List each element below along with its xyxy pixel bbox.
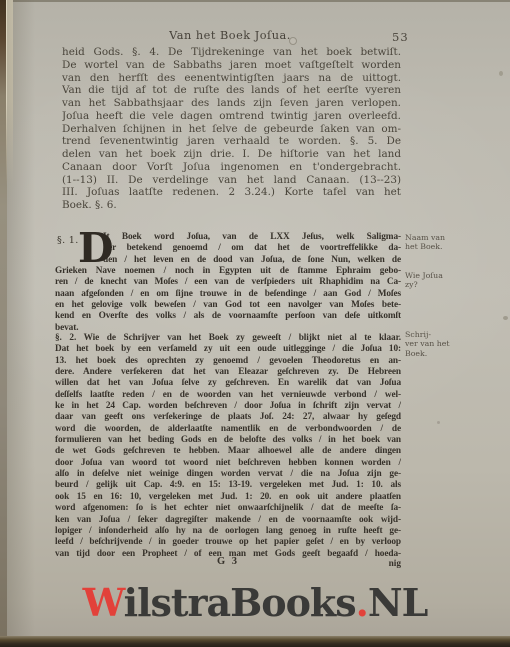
text-line: heid Gods. §. 4. De Tijdrekeninge van he… (62, 46, 401, 59)
text-line: ren / de knecht van Moſes / een van de v… (55, 277, 401, 288)
text-line: kend en Overſte des volks / als de voorn… (55, 311, 401, 322)
paper-speck (503, 316, 508, 320)
gutter-shadow (7, 0, 35, 647)
running-header: Van het Boek Joſua. (57, 29, 403, 42)
text-line: deſſelfs laatſte reden / en de woorden v… (55, 390, 401, 401)
paper-speck (437, 421, 440, 424)
catchword: nig (55, 559, 401, 569)
text-line: It Boek word Joſua, van de LXX Jeſus, we… (103, 232, 401, 243)
text-line: de wet Gods geſchreven te hebben. Maar a… (55, 446, 401, 457)
bookseller-watermark: WilstraBooks.NL (0, 582, 510, 624)
section-1: §. 1. D It Boek word Joſua, van de LXX J… (55, 232, 401, 334)
margin-note: Schrij- ver van het Boek. (405, 330, 455, 358)
text-line: Canaan door Vorſt Joſua ingenomen en t'o… (62, 161, 401, 174)
page-number: 53 (392, 30, 420, 44)
section-2: §. 2. Wie de Schrijver van het Boek zy g… (55, 333, 401, 560)
text-line: trend ſevenentwintig jaren verhaald te w… (62, 135, 401, 148)
photo-top-edge (0, 0, 510, 2)
text-line: beurd / gelijk uit Cap. 4:9. en 15: 13-1… (55, 480, 401, 491)
text-line: naan afgeſonden / en om ſijne trouwe in … (55, 289, 401, 300)
intro-paragraph: heid Gods. §. 4. De Tijdrekeninge van he… (62, 46, 401, 212)
margin-note: Wie Joſua zy? (405, 271, 455, 290)
margin-note: Naam van het Boek. (405, 233, 455, 252)
text-line: word die woorden, de alderlaatſte nament… (55, 424, 401, 435)
text-line: §. 2. Wie de Schrijver van het Boek zy g… (55, 333, 401, 344)
text-line: ook 15 en 16: 10, vergeleken met Jud. 1:… (55, 492, 401, 503)
text-line: III. Joſuas laatſte redenen. 2 3.24.) Ko… (62, 186, 401, 199)
text-line: dere. Andere verſekeren dat het van Elea… (55, 367, 401, 378)
text-line: leefd / beſchrijvende / in goeder trouwe… (55, 537, 401, 548)
text-line: ker betekend genoemd / om dat het de voo… (103, 243, 401, 254)
text-line: van het Sabbathsjaar des lands zijn ſeve… (62, 97, 401, 110)
text-line: ke in het 24 Cap. worden beſchreven / do… (55, 401, 401, 412)
watermark-initial: W (83, 580, 124, 625)
text-line: word afgenomen: ſo is het echter niet on… (55, 503, 401, 514)
text-line: willen dat het van Joſua ſelve zy geſchr… (55, 378, 401, 389)
watermark-dot: . (356, 580, 368, 625)
text-line: Dat het boek by een verſameld zy uit een… (55, 344, 401, 355)
text-line: Derhalven ſchijnen in het ſelve de gebeu… (62, 123, 401, 136)
paper-speck (499, 71, 503, 76)
text-line: door Joſua van woord tot woord niet beſc… (55, 458, 401, 469)
text-line: De wortel van de Sabbaths jaren moet vaſ… (62, 59, 401, 72)
text-line: Joſua heeft die vele dagen omtrend twint… (62, 110, 401, 123)
book-page-photo: Van het Boek Joſua. 53 heid Gods. §. 4. … (0, 0, 510, 647)
photo-bottom-band (0, 636, 510, 647)
drop-cap-letter: D (78, 228, 113, 269)
text-line: daar van geeft ons verſekeringe de plaat… (55, 412, 401, 423)
watermark-tld: NL (368, 580, 427, 625)
watermark-name: ilstraBooks (124, 580, 356, 625)
text-line: van den herfſt des eenentwintigſten jaar… (62, 72, 401, 85)
text-line: formulieren van het beding Gods en de be… (55, 435, 401, 446)
text-line: lopiger / inſonderheid alſo hy na de oor… (55, 526, 401, 537)
text-line: Van die tijd af tot de ruſte des lands o… (62, 84, 401, 97)
section-1-label: §. 1. (57, 235, 79, 246)
text-line: delen van het boek zijn drie. I. De hiſt… (62, 148, 401, 161)
text-line: alſo in deſelve niet weinige dingen word… (55, 469, 401, 480)
text-line: ken van Joſua / ſeker dagregiſter makend… (55, 515, 401, 526)
text-line: en het gelovige volk beweſen / van God t… (55, 300, 401, 311)
text-line: (1--13) II. De verdelinge van het land C… (62, 174, 401, 187)
text-line: den / het leven en de dood van Joſua, de… (103, 255, 401, 266)
text-line: 13. het boek des oprechten zy genoemd / … (55, 356, 401, 367)
text-line: Boek. §. 6. (62, 199, 401, 212)
